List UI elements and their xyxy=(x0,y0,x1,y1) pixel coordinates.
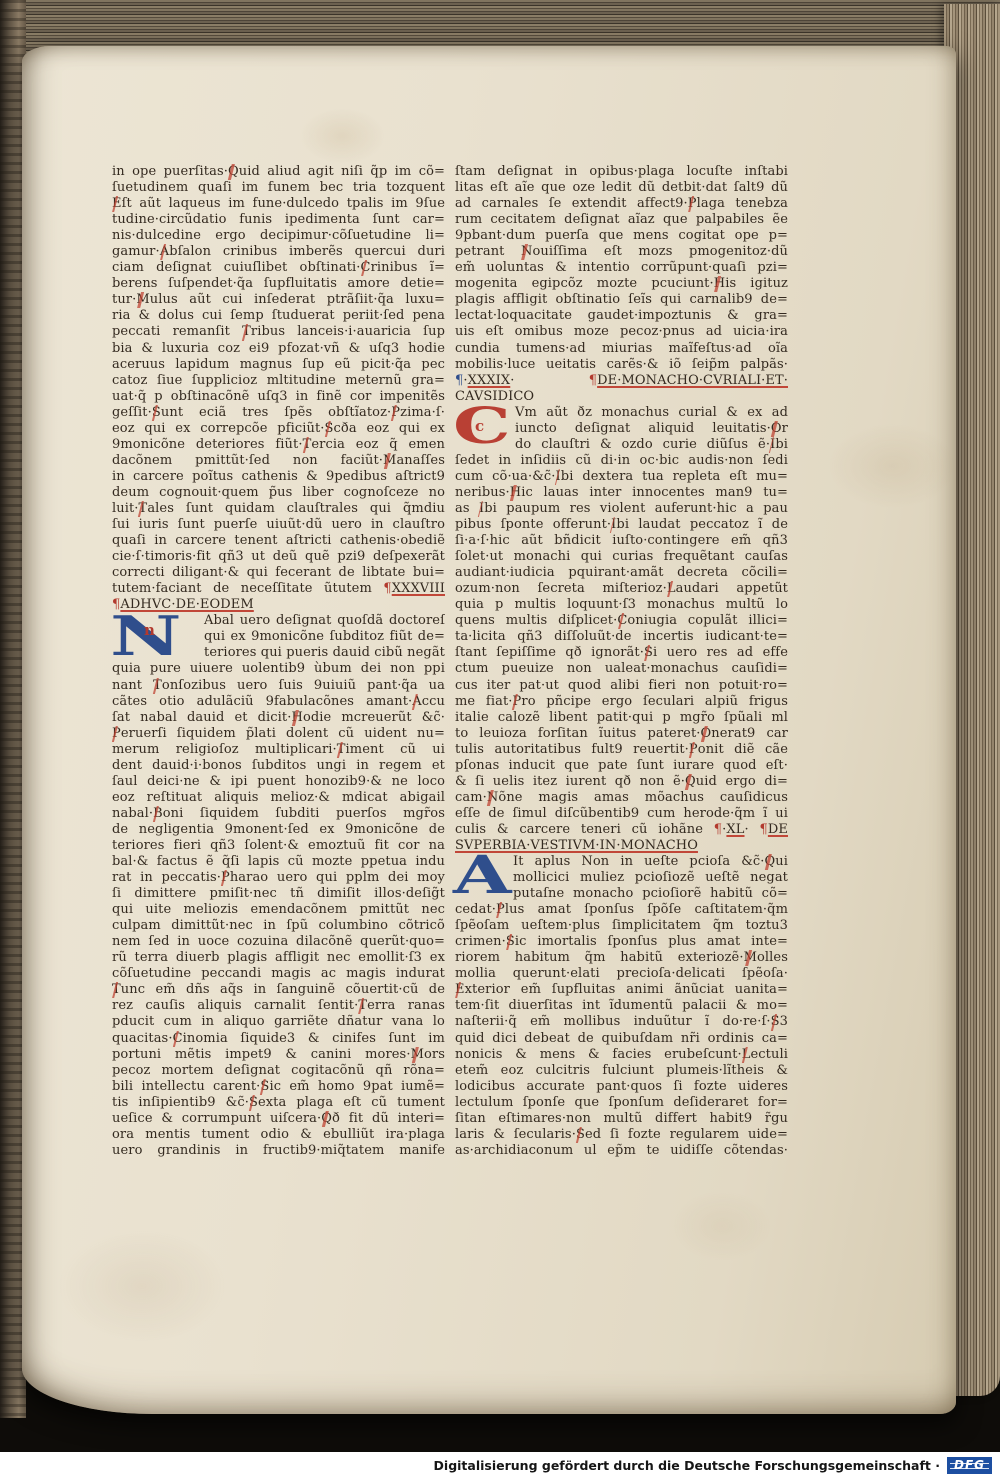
text-line: riorem habitum q̃m habitũ exteriozẽ·Moll… xyxy=(455,950,788,966)
text-line: cam·Nõne magis amas mõachus cauſidicus xyxy=(455,790,788,806)
text-line: rum cecitatem deſignat aĩaz que palpabil… xyxy=(455,212,788,228)
digitized-book-scan: { "colors":{"rubric_red":"#b23a2e","init… xyxy=(0,0,1000,1479)
text-line: lectat̃·loquacitate gaudet·impoztunis & … xyxy=(455,308,788,324)
text-line: gamur·Abſalon crinibus imberẽs quercui d… xyxy=(112,244,445,260)
text-line: petrant̃ Nouiſſima eſt mozs pmogenitoz·d… xyxy=(455,244,788,260)
text-line: aceruus lapidum magnus ſup eũ picit̃·q̃a… xyxy=(112,357,445,373)
text-line: to leuioza forſitan ĩuitus pateret̃·Oner… xyxy=(455,726,788,742)
text-line: in ope puerſitas·Quid aliud agit̃ niſi q… xyxy=(112,164,445,180)
text-line: rũ terra diuerb plagis affligit̃ nec emo… xyxy=(112,950,445,966)
text-line: audiant·iudicia pquirant·amãt decreta cõ… xyxy=(455,565,788,581)
text-line: catoz ſiue ſupplicioz ml̃titudine metern… xyxy=(112,373,445,389)
text-line: qui uite meliozis emendacõnem pmittũt ne… xyxy=(112,902,445,918)
text-line: ſi·a·ſ·hic aũt bñdicit̃ iuſto·contingere… xyxy=(455,533,788,549)
text-line: cus iter pat·ut quod alibi fieri non pot… xyxy=(455,678,788,694)
text-line: cõſuetudine peccandi magis ac magis indu… xyxy=(112,966,445,982)
text-line: dacõnem pmittũt·ſed non faciũt·Manaſſes xyxy=(112,453,445,469)
text-line: cum cõ·ua·&c̃·Ibi dextera tua repleta eſ… xyxy=(455,469,788,485)
text-line: nabal·Boni ſiquidem ſubditi puerſos mgr̃… xyxy=(112,806,445,822)
text-line: tudine·circũdatio funis ipedimenta ſunt … xyxy=(112,212,445,228)
credit-text: Digitalisierung gefördert durch die Deut… xyxy=(434,1458,940,1473)
text-line: ta·licita qñ3 diſſoluũt·de incertis iudi… xyxy=(455,629,788,645)
text-line: mogenita egipcõz mozte pcuciunt̃·His igi… xyxy=(455,276,788,292)
text-line: de negligentia 9monent·ſed ex 9monicõne … xyxy=(112,822,445,838)
text-line: ad carnales ſe extendit affect9·Plaga te… xyxy=(455,196,788,212)
text-line: uero grandinis in fructib9·miq̃tatem man… xyxy=(112,1143,445,1159)
text-line: Tunc em̃ dñs aq̃s in ſanguinẽ cõuertit·c… xyxy=(112,982,445,998)
text-line: ſolet·ut monachi qui curias frequẽtant c… xyxy=(455,549,788,565)
text-line: lodicibus accurate pant̃·quos ſi fozte u… xyxy=(455,1079,788,1095)
digitization-credit-bar: Digitalisierung gefördert durch die Deut… xyxy=(0,1452,1000,1479)
text-line: ciam deſignat cuiuſlibet obſtinati·Crini… xyxy=(112,260,445,276)
text-line: tutem·faciant de neceſſitate ũtutem ¶XXX… xyxy=(112,581,445,597)
illuminated-initial-C: Cc xyxy=(453,401,493,451)
text-line: litas eſt aĩe que oze ledit dũ det̃bit·d… xyxy=(455,180,788,196)
text-line: pibus ſponte offerunt̃·Ibi laudat̃ pecca… xyxy=(455,517,788,533)
text-line: ozum·non ſecreta miſterioz·Laudari appet… xyxy=(455,581,788,597)
text-line: ſuetudinem quaſi im funem bec tria tozqu… xyxy=(112,180,445,196)
text-line: mobilis·luce ueitatis carẽs·& iõ ſeip̃m … xyxy=(455,357,788,373)
text-line: ſpẽoſam ueſtem·plus ſimplicitatem q̃m to… xyxy=(455,918,788,934)
text-line: luit·Tales ſunt quidam clauſtrales qui q… xyxy=(112,501,445,517)
text-line: quid dici debeat de quibuſdam nr̃i ordin… xyxy=(455,1031,788,1047)
text-line: italie calozẽ libent̃ patit̃·qui p mgr̃o… xyxy=(455,710,788,726)
right-text-column: ſtam deſignat in opibus·plaga locuſte in… xyxy=(455,164,788,1159)
text-line: laris & ſecularis·Sed ſi fozte regularem… xyxy=(455,1127,788,1143)
text-line: naſterii·q̃ em̃ mollibus induũtur ĩ do·r… xyxy=(455,1014,788,1030)
text-line: eoz qui ex correpcõe pficiũt·Scða eoz qu… xyxy=(112,421,445,437)
text-line: ſi dimittere pmiſit·nec tñ dimiſit illos… xyxy=(112,886,445,902)
text-line: berens ſuſpendet̃·q̃a ſupfluitatis amore… xyxy=(112,276,445,292)
text-line: rez cauſis aliquis carnalit̃ ſentit·Terr… xyxy=(112,998,445,1014)
text-line: me fiat·Pro pñcipe ergo ſeculari alpiũ f… xyxy=(455,694,788,710)
text-line: bia & luxuria coz ei9 pfozat̃·vñ & uſq3 … xyxy=(112,341,445,357)
text-line: nem ſed in uoce cozuina dilacõnẽ querũt·… xyxy=(112,934,445,950)
text-line: quens multis diſplicet·Coniugia copulãt … xyxy=(455,613,788,629)
text-line: deum cognouit·quem p̃us liber cognoſceze… xyxy=(112,485,445,501)
text-line: eſſe de ſimul diſcũbentib9 cum herode·q̃… xyxy=(455,806,788,822)
text-line: ſui iuris ſunt puerſe uiuũt·dũ uero in c… xyxy=(112,517,445,533)
text-line: crimen·Sic imortalis ſponſus plus amat i… xyxy=(455,934,788,950)
text-line: Peruerſi ſiquidem p̃lati dolent cũ uiden… xyxy=(112,726,445,742)
text-line: 9pbant̃·dum puerſa que mens cogitat ope … xyxy=(455,228,788,244)
text-line: cie·ſ·timoris·fit qñ3 ut deũ quẽ pzi9 de… xyxy=(112,549,445,565)
text-line: & ſi uelis itez iurent qð non ẽ·Quid erg… xyxy=(455,774,788,790)
text-line: ora mentis tument odio & ebulliũt ira·pl… xyxy=(112,1127,445,1143)
guide-letter: n xyxy=(144,623,155,638)
text-line: mollia querunt·elati precioſa·delicati ſ… xyxy=(455,966,788,982)
text-line: Exterior em̃ ſupfluitas animi ãnũciat ua… xyxy=(455,982,788,998)
text-line: Eſt aũt laqueus im fune·dulcedo tpalis i… xyxy=(112,196,445,212)
dfg-logo: DFG xyxy=(947,1457,992,1474)
text-line: bili intellectu carent·Sic em̃ homo 9pat… xyxy=(112,1079,445,1095)
text-line: merum religioſoz multiplicari·Timent cũ … xyxy=(112,742,445,758)
text-line: as·archidiaconum ul̃ ep̃m te uidiſſe cõt… xyxy=(455,1143,788,1159)
text-line: ſedet in inſidiis cũ di·in oc·bic audis·… xyxy=(455,453,788,469)
text-line: ſtam deſignat in opibus·plaga locuſte in… xyxy=(455,164,788,180)
text-line: nant Tonſozibus uero ſuis 9uiuiũ pant·q̃… xyxy=(112,678,445,694)
text-line: ſtant̃ ſepiſſime qð ignorãt·Si uero res … xyxy=(455,645,788,661)
text-line: ſaul deici·ne & ipi puent̃ honozib9·& ne… xyxy=(112,774,445,790)
text-line: uis eſt omibus moze pecoz·pnus ad uicia·… xyxy=(455,324,788,340)
text-line: quia p multis loquunt̃·ſ3 monachus multũ… xyxy=(455,597,788,613)
text-line: teriores fieri qñ3 ſolent·& emoztuũ fit … xyxy=(112,838,445,854)
text-line: cãtes otio adulãciũ 9fabulacõnes amant·A… xyxy=(112,694,445,710)
text-line: culpam dimittũt·nec in ſpũ columbino cõt… xyxy=(112,918,445,934)
text-line: tem·ſit diuerſitas int̃ ĩdumentũ palacii… xyxy=(455,998,788,1014)
text-line: tis inſipientib9 &c̃·Sexta plaga eſt cũ … xyxy=(112,1095,445,1111)
text-line: pecoz mortem deſignat cogitacõnũ qñ rõna… xyxy=(112,1063,445,1079)
illuminated-initial-N: Nn xyxy=(110,609,159,663)
text-line: ctum pueuize non ualeat·monachus cauſidi… xyxy=(455,661,788,677)
text-line: em̃ uoluntas & intentio corrũpunt̃·quaſi… xyxy=(455,260,788,276)
text-line: eoz reſtituat̃ aliquis melioz·& mdicat a… xyxy=(112,790,445,806)
guide-letter: c xyxy=(475,419,484,434)
text-line: uat̃·q̃ p obſtinacõnẽ uſq3 in finẽ cor i… xyxy=(112,389,445,405)
text-line: 9monicõne deteriores fiũt·Tercia eoz q̃ … xyxy=(112,437,445,453)
illuminated-initial-A: A xyxy=(453,850,493,902)
text-line: geſſit·Sunt eciã tres ſpẽs obſtĩatoz·Pzi… xyxy=(112,405,445,421)
text-line: bal·& factus ẽ q̃ſi lapis cũ mozte ppetu… xyxy=(112,854,445,870)
left-text-column: in ope puerſitas·Quid aliud agit̃ niſi q… xyxy=(112,164,445,1159)
text-line: culis & carcere teneri cũ iohãne ¶·XL· ¶… xyxy=(455,822,788,838)
text-line: in carcere poĩtus cathenis & 9pedibus aſ… xyxy=(112,469,445,485)
text-line: cundia tumens·ad miurias maĩfeſtus·ad oĩ… xyxy=(455,341,788,357)
text-line: quacitas·Cinomia ſiquide3 & cinifes ſunt… xyxy=(112,1031,445,1047)
text-line: tulis autoritatibus fult9 reuertit̃·Poni… xyxy=(455,742,788,758)
text-line: portuni mẽtis impet9 & canini mores·Mors xyxy=(112,1047,445,1063)
text-line: peccati remanſit Tribus lanceis·i·auaric… xyxy=(112,324,445,340)
text-line: nonicis & mens & facies erubeſcunt·Lectu… xyxy=(455,1047,788,1063)
text-line: nis·dulcedine ergo decipimur·cõſuetudine… xyxy=(112,228,445,244)
text-line: ¶·XXXIX· ¶DE·MONACHO·CVRIALI·ET· xyxy=(455,373,788,389)
manuscript-page: in ope puerſitas·Quid aliud agit̃ niſi q… xyxy=(22,46,956,1414)
text-line: as Ibi paupum res violent̃ auferunt̃·hic… xyxy=(455,501,788,517)
text-line: dent dauid·i·bonos ſubditos ungi in rege… xyxy=(112,758,445,774)
text-line: lectulum ſponſe que ſponſum deſideraret … xyxy=(455,1095,788,1111)
text-line: ſat nabal dauid et dicit·Hodie mcreuerũt… xyxy=(112,710,445,726)
text-line: ria & dolus cui ſemp ſtuduerat periit·ſe… xyxy=(112,308,445,324)
text-line: pſonas inducit que pate ſunt iurare quod… xyxy=(455,758,788,774)
text-line: ſitan eſtimares·non multũ differt habit9… xyxy=(455,1111,788,1127)
text-line: etem̃ eoz culcitris fulciunt̃ plumeis·lĩ… xyxy=(455,1063,788,1079)
text-line: ueſice & corrumpunt̃ uiſcera·Qð fit dũ i… xyxy=(112,1111,445,1127)
text-line: quaſi in carcere tenent̃ aſtricti cathen… xyxy=(112,533,445,549)
text-line: pducit cum in aliquo garriẽte dñatur van… xyxy=(112,1014,445,1030)
text-line: rat̃ in peccatis·Pharao uero qui ppl̃m d… xyxy=(112,870,445,886)
text-line: tur·Mulus aũt cui inſederat ptrãſiit·q̃a… xyxy=(112,292,445,308)
text-line: correcti diligant·& qui fecerant de lib̃… xyxy=(112,565,445,581)
text-line: neribus·Hic lauas inter innocentes man9 … xyxy=(455,485,788,501)
text-line: plagis affligit̃ obſtinatio ſeĩs qui car… xyxy=(455,292,788,308)
